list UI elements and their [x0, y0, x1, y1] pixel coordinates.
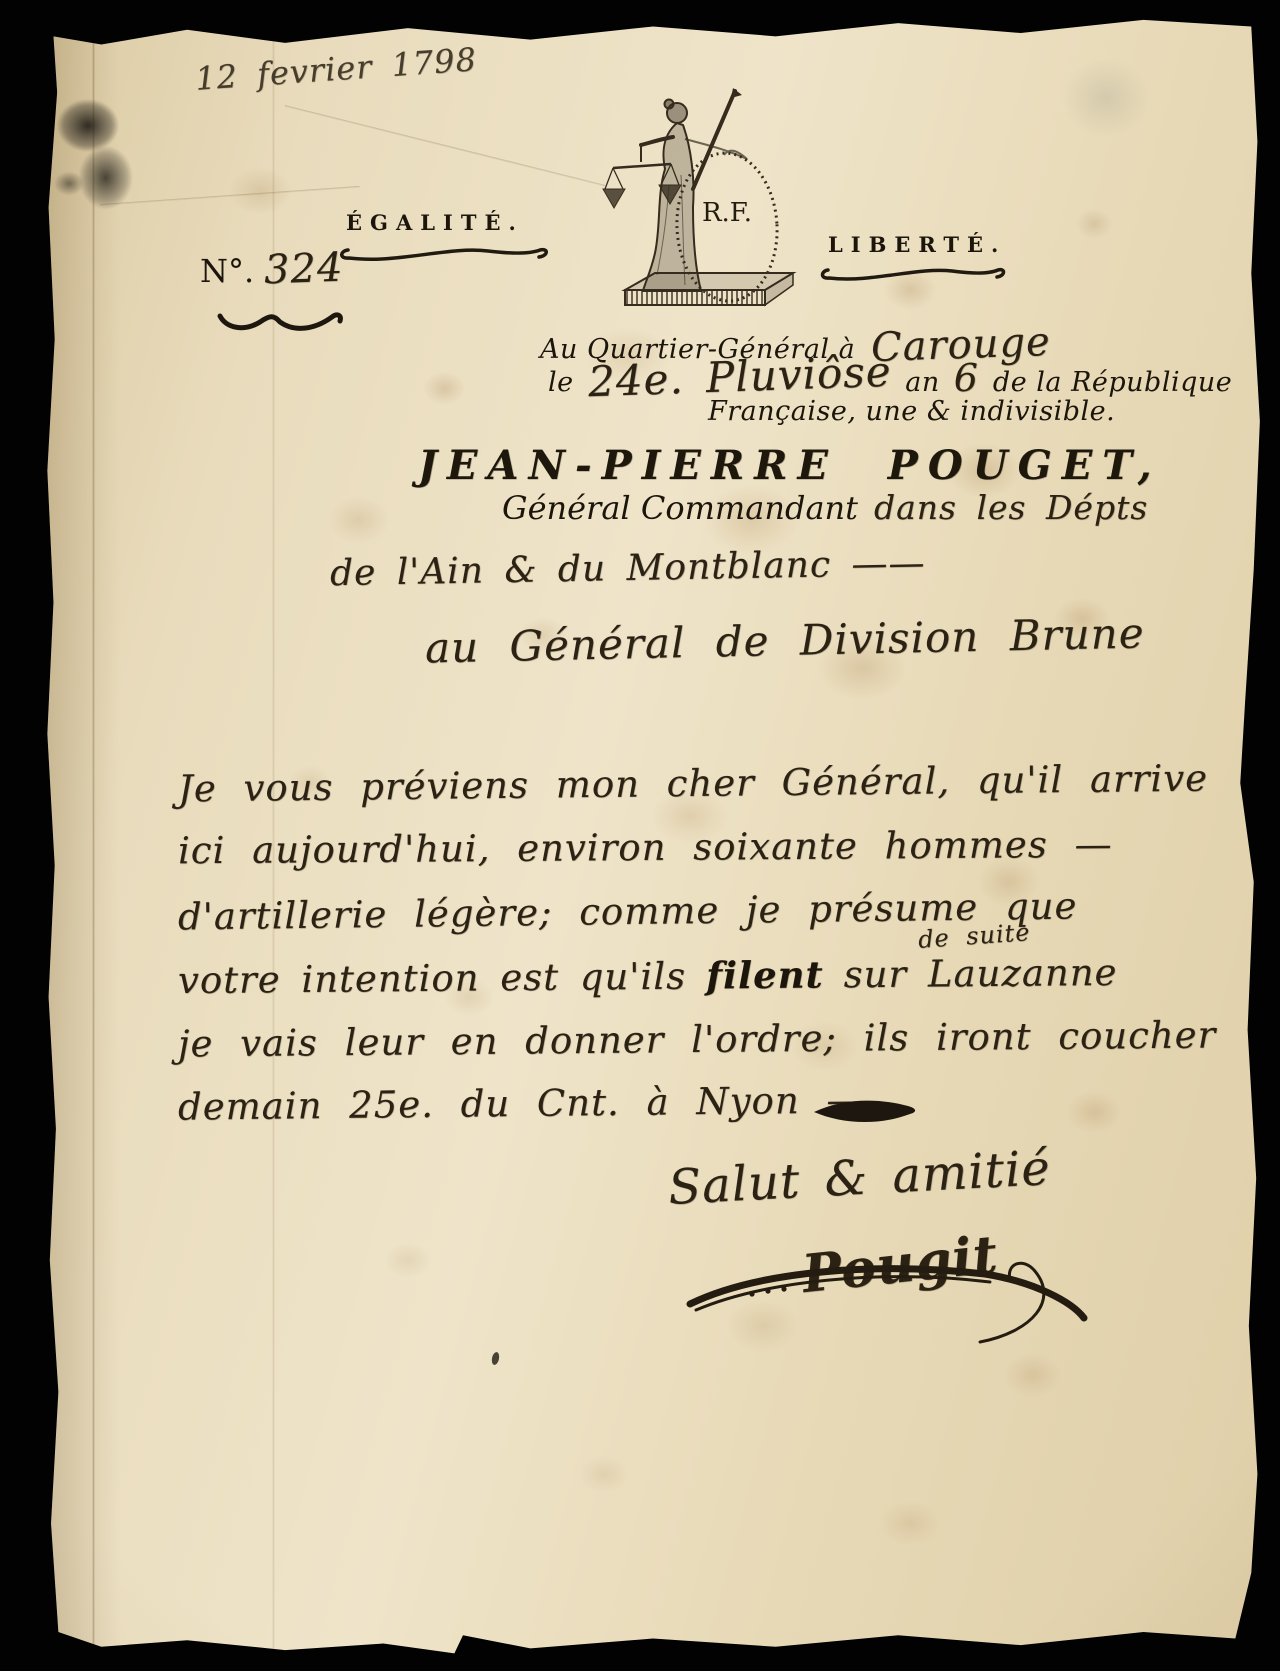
body-line-1: Je vous préviens mon cher Général, qu'il…	[178, 757, 1208, 811]
number-brace-flourish	[212, 304, 348, 338]
faint-smudge	[1060, 60, 1152, 144]
letterhead-line-date: le 24e. Pluviôse an 6 de la République	[548, 352, 1232, 401]
letterhead-motto: Française, une & indivisible.	[708, 396, 1115, 427]
liberte-underline-flourish	[818, 262, 1010, 286]
pike	[693, 88, 742, 189]
closing-salutation: Salut & amitié	[667, 1140, 1052, 1216]
body-line-6: demain 25e. du Cnt. à Nyon —	[178, 1078, 865, 1128]
flourish-after-nyon	[812, 1096, 922, 1130]
body-line-4-pre: votre intention est qu'ils	[178, 955, 686, 1002]
recipient-line: au Général de Division Brune	[425, 608, 1145, 672]
republic-label: de la République	[993, 367, 1232, 398]
document-number: N°. 324	[200, 246, 344, 292]
sender-name: JEAN-PIERRE POUGET,	[418, 442, 1162, 489]
liberte-label: LIBERTÉ.	[828, 232, 1006, 257]
scanned-letter: 12 fevrier 1798 ÉGALITÉ. N°. 324	[0, 0, 1280, 1671]
le-label: le	[548, 367, 574, 398]
body-line-2: ici aujourd'hui, environ soixante hommes…	[178, 823, 1113, 873]
ink-blotch	[48, 82, 153, 227]
egalite-label: ÉGALITÉ.	[346, 210, 524, 235]
justice-figure	[641, 100, 747, 292]
number-value: 324	[263, 245, 344, 294]
sender-departments: de l'Ain & du Montblanc ——	[330, 543, 926, 594]
sender-title: Général Commandant dans les Dépts	[502, 488, 1148, 527]
fold-crease-left	[92, 10, 95, 1655]
overwritten-word: filent	[706, 952, 824, 997]
title-handwritten: dans les Dépts	[874, 488, 1148, 527]
year-value: 6	[954, 356, 979, 400]
an-label: an	[905, 367, 940, 398]
diagonal-crease	[285, 105, 606, 187]
body-line-4: votre intention est qu'ils filent sur La…	[178, 950, 1118, 1002]
number-label: N°.	[200, 252, 254, 290]
annotation-date: 12 fevrier 1798	[194, 40, 478, 98]
rf-initials: R.F.	[702, 198, 752, 228]
ink-dot	[491, 1351, 501, 1365]
body-line-5: je vais leur en donner l'ordre; ils iron…	[178, 1013, 1217, 1065]
body-line-4-post: sur Lauzanne	[843, 951, 1117, 996]
egalite-underline-flourish	[336, 241, 554, 267]
republic-emblem: R.F.	[595, 85, 815, 320]
signature-paraph	[680, 1242, 1100, 1362]
paper-sheet: 12 fevrier 1798 ÉGALITÉ. N°. 324	[40, 10, 1266, 1655]
title-printed: Général Commandant	[502, 489, 858, 527]
